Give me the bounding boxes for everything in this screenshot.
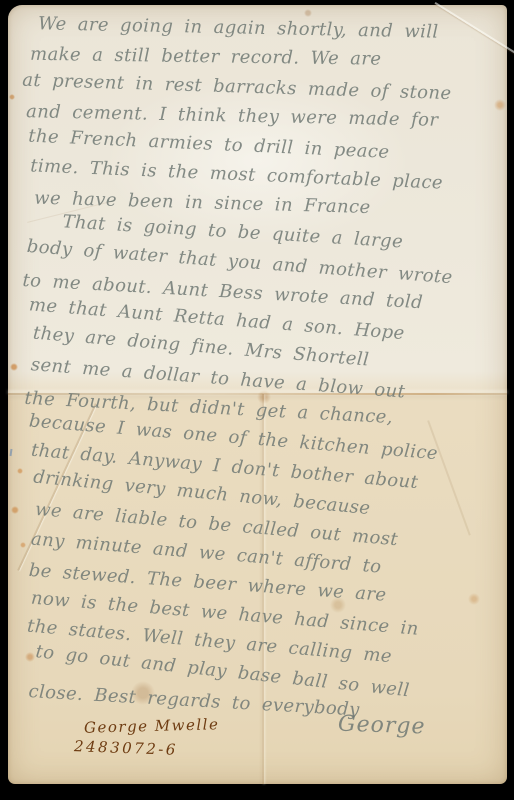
blue-ink-mark [10, 449, 13, 456]
letter-paper: We are going in again shortly, and will … [8, 5, 507, 784]
archival-inscription-name: George Mwelle [84, 715, 220, 737]
letter-body-text: We are going in again shortly, and will … [20, 18, 492, 723]
signature: George [338, 711, 426, 739]
archival-inscription-number: 2483072-6 [74, 737, 178, 759]
